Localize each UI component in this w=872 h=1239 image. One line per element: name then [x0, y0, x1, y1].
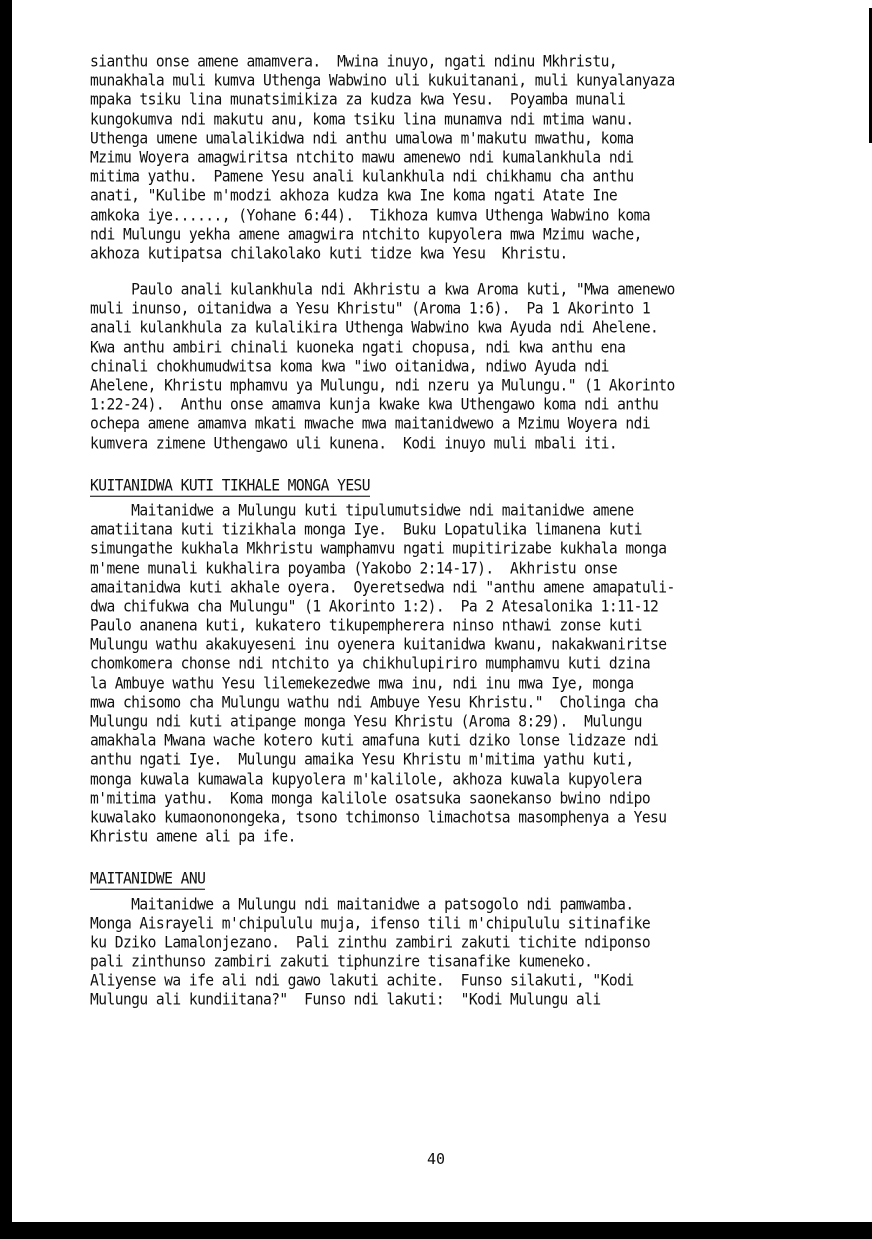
text-line: ndi Mulungu yekha amene amagwira ntchito…	[90, 224, 810, 245]
text-line: mwa chisomo cha Mulungu wathu ndi Ambuye…	[90, 692, 810, 713]
text-line: anali kulankhula za kulalikira Uthenga W…	[90, 318, 810, 339]
text-line: kuwalako kumaononongeka, tsono tchimonso…	[90, 807, 810, 828]
text-line: Monga Aisrayeli m'chipululu muja, ifenso…	[90, 913, 810, 934]
text-line: sianthu onse amene amamvera. Mwina inuyo…	[90, 51, 810, 72]
text-line: ku Dziko Lamalonjezano. Pali zinthu zamb…	[90, 932, 810, 953]
text-line: 1:22-24). Anthu onse amamva kunja kwake …	[90, 394, 810, 415]
section-paragraph: Maitanidwe a Mulungu kuti tipulumutsidwe…	[90, 501, 810, 846]
text-line: Khristu amene ali pa ife.	[90, 826, 810, 847]
text-line: Uthenga umene umalalikidwa ndi anthu uma…	[90, 128, 810, 149]
text-line: m'mene munali kukhalira poyamba (Yakobo …	[90, 558, 810, 579]
text-line: la Ambuye wathu Yesu lilemekezedwe mwa i…	[90, 673, 810, 694]
section-heading: MAITANIDWE ANU	[90, 869, 205, 891]
text-line: amaitanidwa kuti akhale oyera. Oyeretsed…	[90, 577, 810, 598]
text-line: anthu ngati Iye. Mulungu amaika Yesu Khr…	[90, 750, 810, 771]
text-line: Mulungu wathu akakuyeseni inu oyenera ku…	[90, 634, 810, 655]
text-line: mpaka tsiku lina munatsimikiza za kudza …	[90, 90, 810, 111]
text-line: chomkomera chonse ndi ntchito ya chikhul…	[90, 654, 810, 675]
text-line: munakhala muli kumva Uthenga Wabwino uli…	[90, 70, 810, 91]
text-line: chinali chokhumudwitsa koma kwa "iwo oit…	[90, 356, 810, 377]
text-line: simungathe kukhala Mkhristu wamphamvu ng…	[90, 539, 810, 560]
intro-paragraph: sianthu onse amene amamvera. Mwina inuyo…	[90, 52, 810, 263]
scan-bottom-band	[0, 1222, 872, 1239]
text-line: kumvera zimene Uthengawo uli kunena. Kod…	[90, 433, 810, 454]
section-paragraph: Maitanidwe a Mulungu ndi maitanidwe a pa…	[90, 895, 810, 1010]
document-page: sianthu onse amene amamvera. Mwina inuyo…	[90, 52, 810, 1027]
text-line: amkoka iye......, (Yohane 6:44). Tikhoza…	[90, 205, 810, 226]
text-line: amatiitana kuti tizikhala monga Iye. Buk…	[90, 519, 810, 540]
text-line: Maitanidwe a Mulungu kuti tipulumutsidwe…	[90, 500, 810, 521]
text-line: kungokumva ndi makutu anu, koma tsiku li…	[90, 109, 810, 130]
paulo-paragraph: Paulo anali kulankhula ndi Akhristu a kw…	[90, 280, 810, 453]
text-line: monga kuwala kumawala kupyolera m'kalilo…	[90, 769, 810, 790]
text-line: Maitanidwe a Mulungu ndi maitanidwe a pa…	[90, 894, 810, 915]
text-line: dwa chifukwa cha Mulungu" (1 Akorinto 1:…	[90, 596, 810, 617]
page-number: 40	[0, 1150, 872, 1168]
text-line: Aliyense wa ife ali ndi gawo lakuti achi…	[90, 971, 810, 992]
text-line: akhoza kutipatsa chilakolako kuti tidze …	[90, 243, 810, 264]
text-line: anati, "Kulibe m'modzi akhoza kudza kwa …	[90, 186, 810, 207]
text-line: Paulo anali kulankhula ndi Akhristu a kw…	[90, 279, 810, 300]
text-line: Mzimu Woyera amagwiritsa ntchito mawu am…	[90, 147, 810, 168]
text-line: Mulungu ali kundiitana?" Funso ndi lakut…	[90, 990, 810, 1011]
text-line: Paulo ananena kuti, kukatero tikupempher…	[90, 615, 810, 636]
text-line: Mulungu ndi kuti atipange monga Yesu Khr…	[90, 711, 810, 732]
text-line: m'mitima yathu. Koma monga kalilole osat…	[90, 788, 810, 809]
section-kuitanidwa: KUITANIDWA KUTI TIKHALE MONGA YESU Maita…	[90, 475, 810, 847]
text-line: Ahelene, Khristu mphamvu ya Mulungu, ndi…	[90, 375, 810, 396]
section-heading: KUITANIDWA KUTI TIKHALE MONGA YESU	[90, 475, 370, 497]
text-line: ochepa amene amamva mkati mwache mwa mai…	[90, 414, 810, 435]
section-maitanidwe-anu: MAITANIDWE ANU Maitanidwe a Mulungu ndi …	[90, 868, 810, 1009]
text-line: Kwa anthu ambiri chinali kuoneka ngati c…	[90, 337, 810, 358]
text-line: mitima yathu. Pamene Yesu anali kulankhu…	[90, 166, 810, 187]
text-line: muli inunso, oitanidwa a Yesu Khristu" (…	[90, 298, 810, 319]
text-line: pali zinthunso zambiri zakuti tiphunzire…	[90, 951, 810, 972]
scan-left-edge	[0, 0, 12, 1239]
text-line: amakhala Mwana wache kotero kuti amafuna…	[90, 730, 810, 751]
